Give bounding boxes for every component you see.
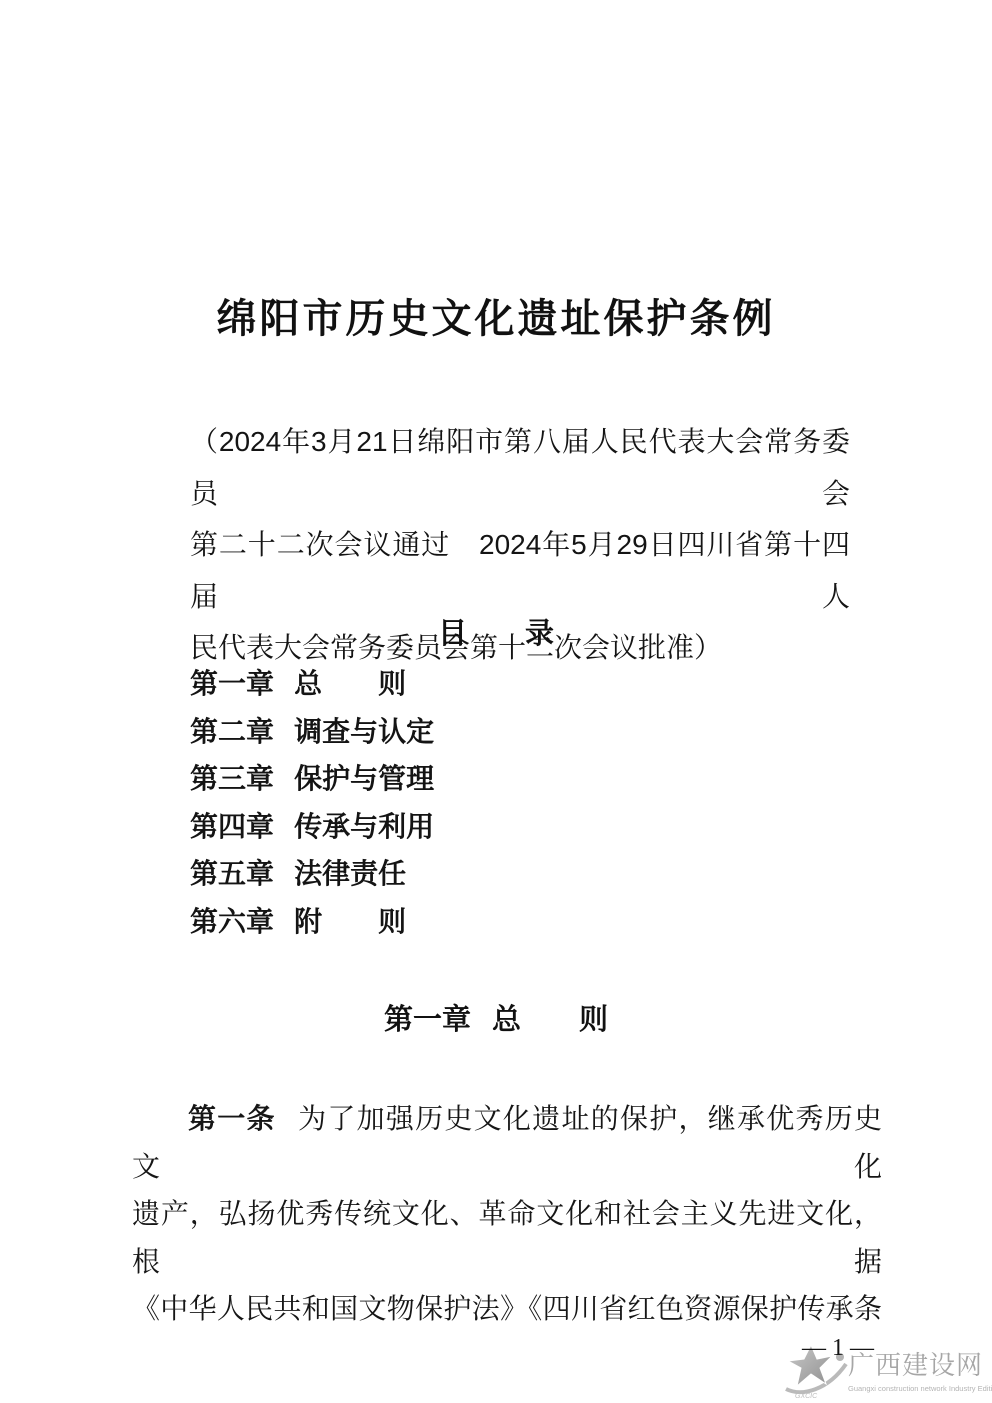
table-of-contents: 第一章总 则 第二章调查与认定 第三章保护与管理 第四章传承与利用 第五章法律责… [190, 660, 434, 945]
article-line: 遗产，弘扬优秀传统文化、革命文化和社会主义先进文化，根据 [132, 1191, 882, 1286]
toc-chapter-label: 第五章 [190, 858, 274, 889]
toc-chapter-label: 第二章 [190, 716, 274, 747]
toc-heading: 目 录 [0, 618, 992, 650]
chapter-heading: 第一章总 则 [0, 1003, 992, 1037]
toc-chapter-label: 第六章 [190, 906, 274, 937]
toc-item-chapter1: 第一章总 则 [190, 660, 434, 708]
toc-chapter-title: 附 则 [294, 906, 406, 937]
toc-chapter-title: 总 则 [294, 668, 406, 699]
toc-item-chapter3: 第三章保护与管理 [190, 755, 434, 803]
toc-chapter-title: 保护与管理 [294, 763, 434, 794]
toc-item-chapter2: 第二章调查与认定 [190, 708, 434, 756]
toc-chapter-title: 法律责任 [294, 858, 406, 889]
toc-item-chapter5: 第五章法律责任 [190, 850, 434, 898]
article-number: 第一条 [188, 1103, 276, 1134]
toc-item-chapter6: 第六章附 则 [190, 898, 434, 946]
watermark-caption: Guangxi construction network Industry Ed… [848, 1384, 992, 1393]
toc-chapter-title: 传承与利用 [294, 811, 434, 842]
article-line: 《中华人民共和国文物保护法》《四川省红色资源保护传承条 [132, 1286, 882, 1334]
toc-chapter-title: 调查与认定 [294, 716, 434, 747]
document-page: 绵阳市历史文化遗址保护条例 （2024年3月21日绵阳市第八届人民代表大会常务委… [0, 0, 992, 1403]
chapter-heading-label: 第一章 [384, 1004, 471, 1036]
toc-item-chapter4: 第四章传承与利用 [190, 803, 434, 851]
toc-chapter-label: 第一章 [190, 668, 274, 699]
chapter-heading-title: 总 则 [492, 1004, 608, 1036]
article-line: 第一条为了加强历史文化遗址的保护，继承优秀历史文化 [132, 1095, 882, 1191]
enactment-line: （2024年3月21日绵阳市第八届人民代表大会常务委员会 [190, 416, 850, 519]
toc-chapter-label: 第四章 [190, 811, 274, 842]
toc-chapter-label: 第三章 [190, 763, 274, 794]
document-title: 绵阳市历史文化遗址保护条例 [0, 296, 992, 342]
page-number: — 1 — [796, 1334, 880, 1362]
article-paragraph: 第一条为了加强历史文化遗址的保护，继承优秀历史文化 遗产，弘扬优秀传统文化、革命… [132, 1095, 882, 1334]
logo-acronym: GXCIC [795, 1393, 818, 1400]
enactment-line: 第二十二次会议通过 2024年5月29日四川省第十四届人 [190, 519, 850, 622]
